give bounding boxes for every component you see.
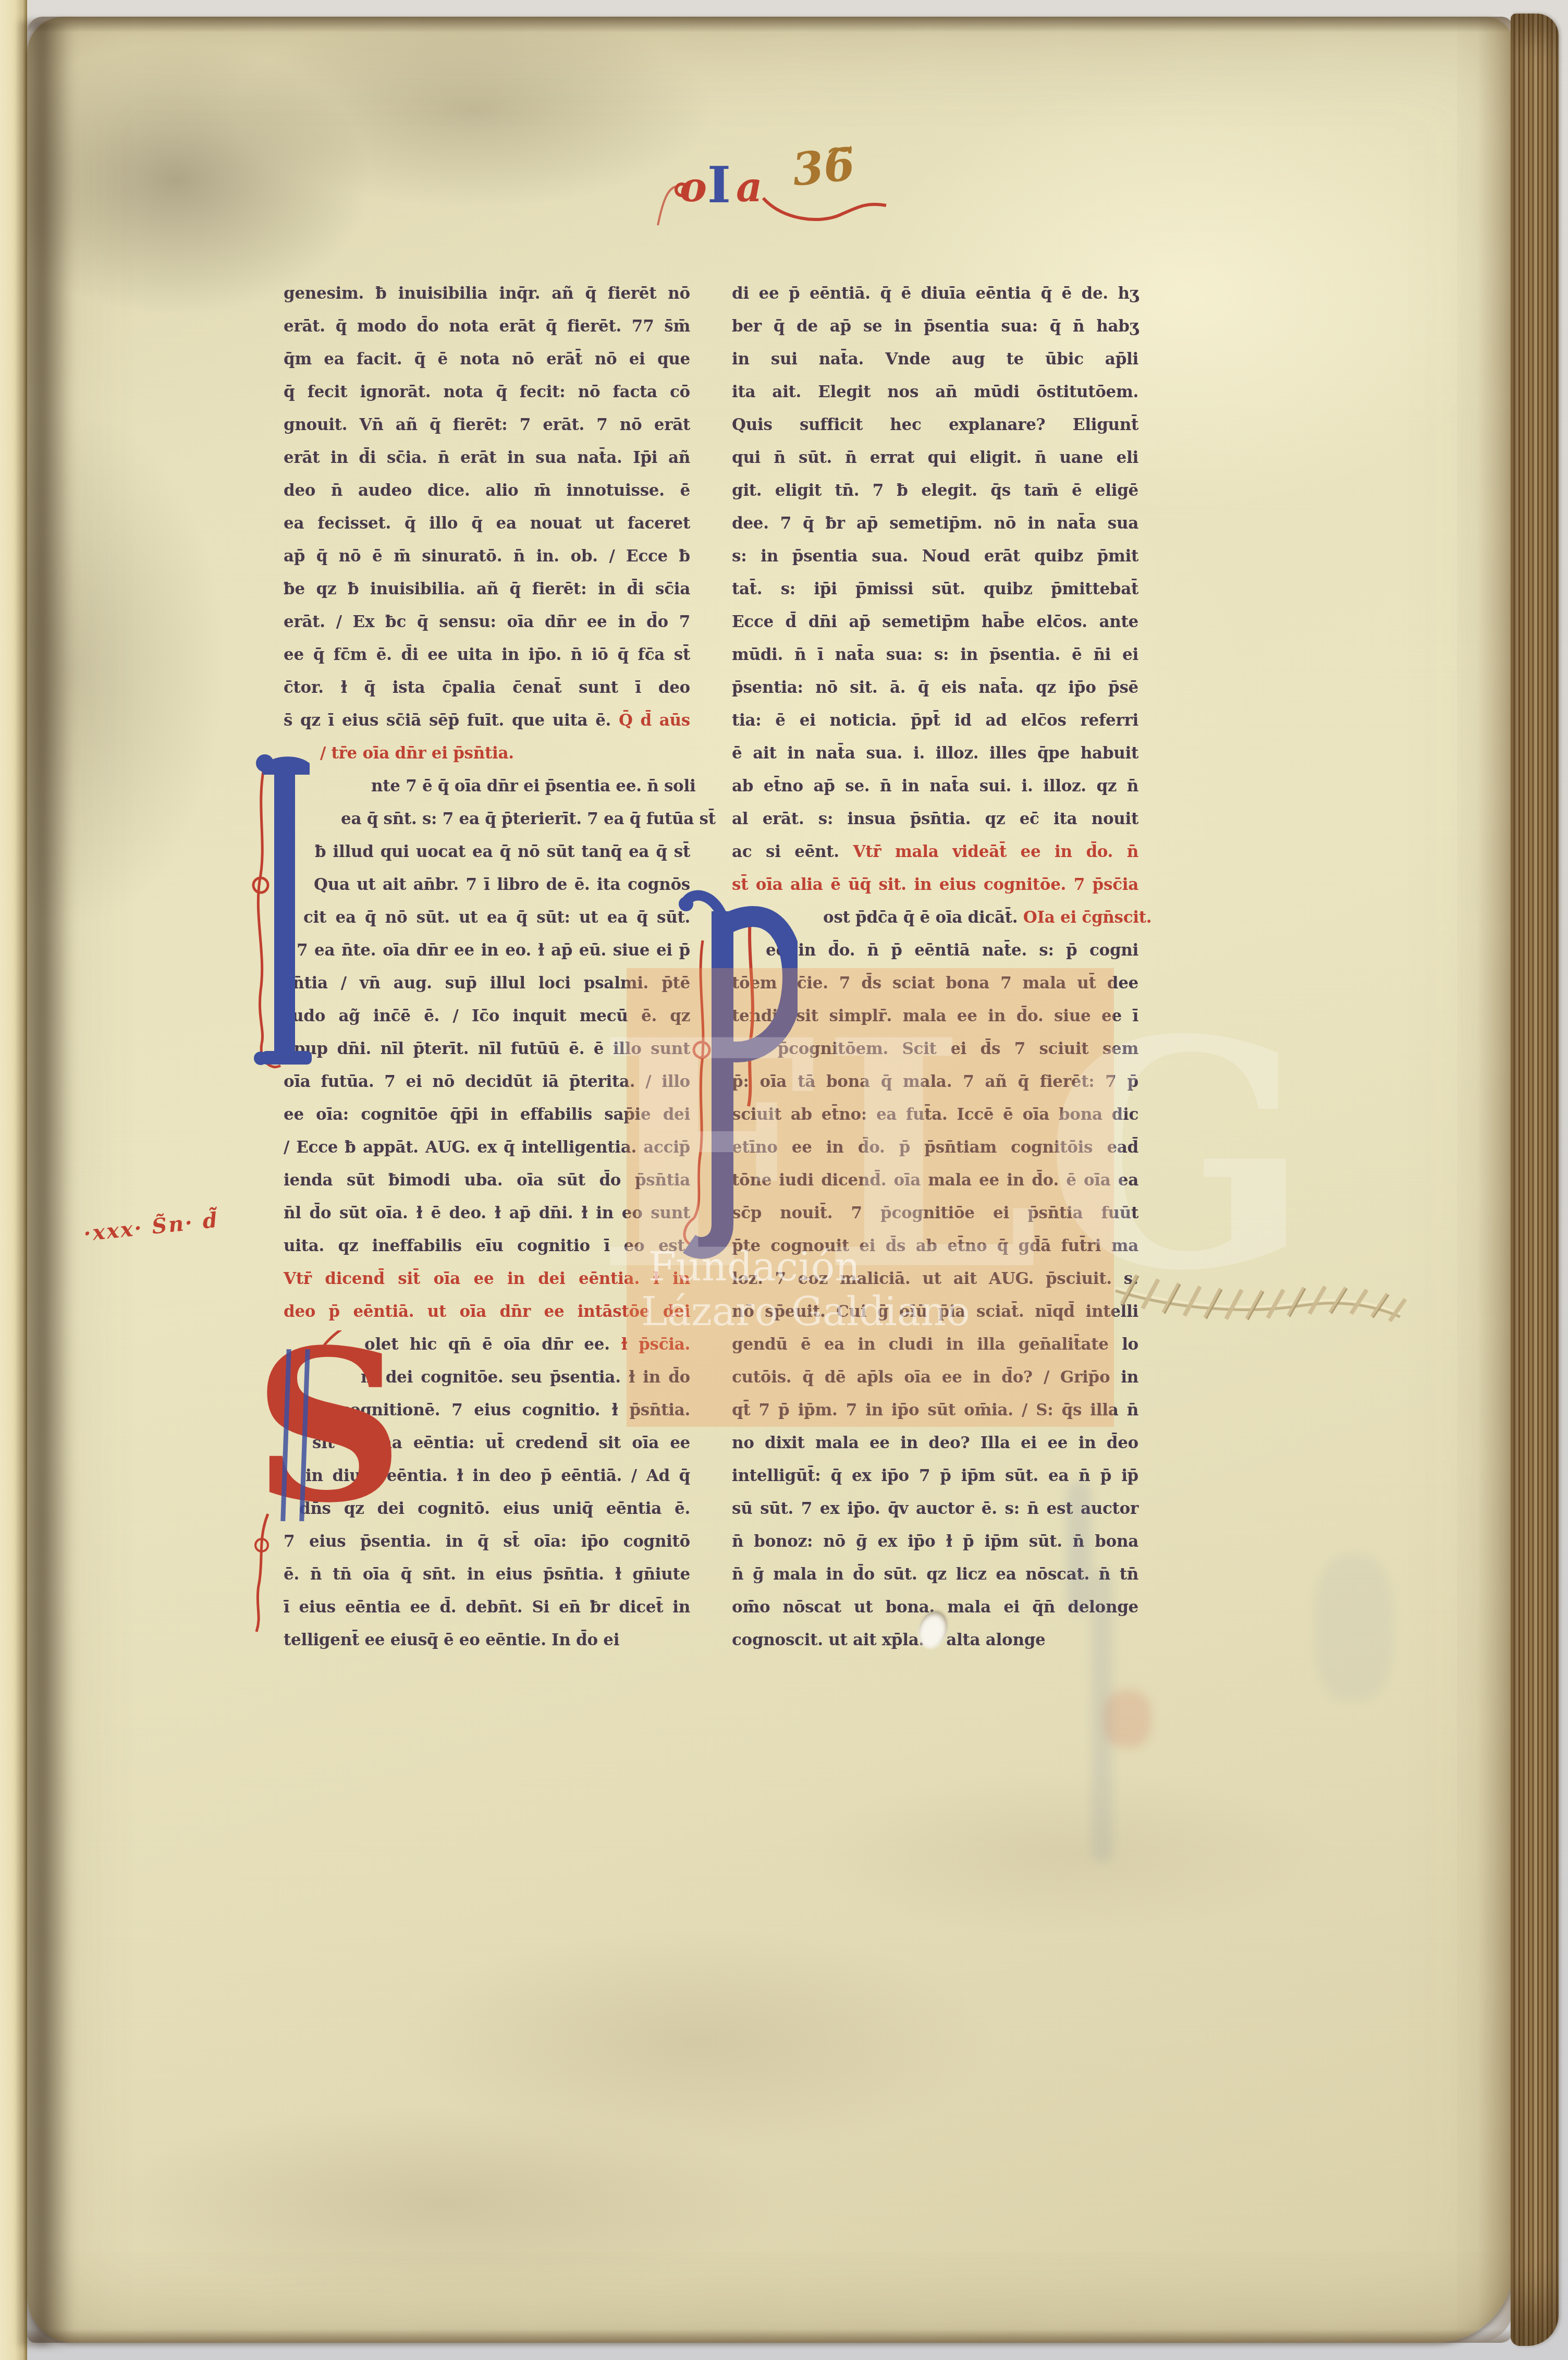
text-line: Quis sufficit hec explanare? Eligunt̄ bbox=[732, 409, 1138, 442]
rubric-text: tr̄e oīa dn̄r ei p̄sn̄tia. bbox=[332, 744, 514, 763]
body-text: erāt. q̄ modo d̄o nota erāt q̄ fierēt. … bbox=[284, 317, 690, 336]
body-text: cognoscit. ut ait xp̄la. 7 alta alonge bbox=[732, 1631, 1045, 1649]
body-text: in sui nat̄a. Vnde aug te ūbic ap̄li bbox=[732, 350, 1138, 369]
text-line: q̄ fecit ignorāt. nota q̄ fecit: nō fact… bbox=[284, 376, 690, 409]
text-line: ea q̄ sn̄t. s: 7 ea q̄ p̄terierīt. 7 ea … bbox=[284, 803, 690, 836]
text-line: ī eius eēntia ee d̄. debn̄t. Si en̄ ƀr d… bbox=[284, 1591, 690, 1624]
body-text: ī eius eēntia ee d̄. debn̄t. Si en̄ ƀr d… bbox=[284, 1598, 690, 1617]
text-line: q̄m ea facit. q̄ ē nota nō erāt̄ nō ei q… bbox=[284, 343, 690, 376]
body-text: ab et̄no ap̄ se. n̄ in nat̄a sui. i. ill… bbox=[732, 777, 1138, 796]
body-text: ber q̄ de ap̄ se in p̄sentia sua: q̄ n̄ … bbox=[732, 317, 1138, 336]
body-text: s: in p̄sentia sua. Noud erāt quibz p̄mi… bbox=[732, 547, 1138, 566]
body-text: c̄tor. ɫ q̄ ista c̄palia c̄enat̄ sunt ī … bbox=[284, 678, 690, 697]
text-line: ƀ illud qui uocat ea q̄ nō sūt tanq̄ ea … bbox=[284, 836, 690, 869]
text-line: in sui nat̄a. Vnde aug te ūbic ap̄li bbox=[732, 343, 1138, 376]
running-header: o I a 36 ~ bbox=[653, 137, 945, 241]
watermark-name-line1: Fundación bbox=[648, 1243, 860, 1290]
body-text: ac si eēnt. bbox=[732, 842, 853, 861]
body-text: ē. n̄ tn̄ oīa q̄ sn̄t. in eius p̄sn̄tia.… bbox=[284, 1565, 690, 1584]
text-line: al erāt. s: insua p̄sn̄tia. qz ec̄ ita n… bbox=[732, 803, 1138, 836]
body-text: ee q̄ fc̄m ē. d̄i ee uita in ip̄o. n̄ iō… bbox=[284, 645, 690, 664]
page-top-edge bbox=[27, 17, 1514, 32]
body-text: ost p̄dc̄a q̄ ē oīa dicāt̄. bbox=[823, 908, 1023, 927]
text-line: deo n̄ audeo dice. alio m̄ innotuisse. ē bbox=[284, 474, 690, 507]
body-text: nte 7 ē q̄ oīa dn̄r ei p̄sentia ee. n̄ s… bbox=[371, 777, 695, 796]
text-line: ap̄ q̄ nō ē m̄ sinuratō. n̄ in. ob. / Ec… bbox=[284, 540, 690, 573]
text-line: s̄ qz ī eius sc̄iā sēp̄ fuīt. que uita ē… bbox=[284, 704, 690, 737]
body-text: s̄ qz ī eius sc̄iā sēp̄ fuīt. que uita ē… bbox=[284, 711, 619, 730]
rubric-text: Vtr̄ mala videāt̄ ee in d̄o. n̄ bbox=[853, 842, 1138, 861]
text-line: no dixit mala ee in deo? Illa ei ee in d… bbox=[732, 1427, 1138, 1460]
text-line: cit ea q̄ nō sūt. ut ea q̄ sūt: ut ea q̄… bbox=[284, 901, 690, 934]
body-text: ea fecisset. q̄ illo q̄ ea nouat ut face… bbox=[284, 514, 690, 533]
bleed-through-mark bbox=[1104, 1690, 1151, 1747]
text-line: s: in p̄sentia sua. Noud erāt quibz p̄mi… bbox=[732, 540, 1138, 573]
library-watermark: FLG Fundación Lázaro Galdiano bbox=[627, 968, 1114, 1427]
text-line: Ecce d̄ dn̄i ap̄ semetip̄m hab̄e elc̄os.… bbox=[732, 606, 1138, 639]
initial-I bbox=[250, 745, 319, 1090]
text-line: c̄tor. ɫ q̄ ista c̄palia c̄enat̄ sunt ī … bbox=[284, 671, 690, 704]
text-line: git. eligit tn̄. 7 ƀ elegit. q̄s tam̄ ē … bbox=[732, 474, 1138, 507]
body-text: git. eligit tn̄. 7 ƀ elegit. q̄s tam̄ ē … bbox=[732, 481, 1138, 500]
body-text: genesim. ƀ inuisibilia inq̄r. añ q̄ fier… bbox=[284, 284, 690, 303]
rubric-text: Q̄ d̄ aūs bbox=[619, 711, 690, 730]
text-line: ita ait. Elegit nos an̄ mūdi ōstitutōem. bbox=[732, 376, 1138, 409]
text-line: ee q̄ fc̄m ē. d̄i ee uita in ip̄o. n̄ iō… bbox=[284, 639, 690, 671]
book-gutter-shadow bbox=[18, 21, 75, 2346]
text-line: ab et̄no ap̄ se. n̄ in nat̄a sui. i. ill… bbox=[732, 770, 1138, 803]
body-text: ee in d̄o. n̄ p̄ eēntiā nat̄e. s: p̄ cog… bbox=[766, 941, 1138, 960]
body-text: dee. 7 q̄ ƀr ap̄ semetip̄m. nō in nat̄a … bbox=[732, 514, 1138, 533]
initial-S: S bbox=[250, 1330, 344, 1654]
text-line: di ee p̄ eēntiā. q̄ ē diuīa eēntia q̄ ē … bbox=[732, 277, 1138, 310]
body-text: di ee p̄ eēntiā. q̄ ē diuīa eēntia q̄ ē … bbox=[732, 284, 1138, 303]
folio-flourish: ~ bbox=[823, 126, 857, 172]
text-line: ber q̄ de ap̄ se in p̄sentia sua: q̄ n̄ … bbox=[732, 310, 1138, 343]
body-text: qui n̄ sūt. n̄ errat qui eligit. n̄ uane… bbox=[732, 448, 1138, 467]
page-bottom-edge bbox=[27, 2329, 1514, 2343]
text-line: 7 ea n̄te. oīa dn̄r ee in eo. ɫ ap̄ eū. … bbox=[284, 934, 690, 967]
body-text: Ecce d̄ dn̄i ap̄ semetip̄m hab̄e elc̄os.… bbox=[732, 613, 1138, 631]
gathering-mark-a: a bbox=[736, 164, 763, 211]
body-text: 7 ea n̄te. oīa dn̄r ee in eo. ɫ ap̄ eū. … bbox=[297, 941, 690, 960]
rubric-text: OIa ei c̄gn̄scit. bbox=[1023, 908, 1151, 927]
gathering-mark-o: o bbox=[680, 164, 707, 211]
body-text: ē ait in nat̄a sua. i. illoz. illes q̄pe… bbox=[732, 744, 1138, 763]
body-text: ita ait. Elegit nos an̄ mūdi ōstitutōem. bbox=[732, 383, 1138, 401]
body-text: ƀ illud qui uocat ea q̄ nō sūt tanq̄ ea … bbox=[315, 842, 690, 861]
fore-edge-page-stack bbox=[1511, 14, 1559, 2346]
body-text: no dixit mala ee in deo? Illa ei ee in d… bbox=[732, 1434, 1138, 1452]
text-line: qui n̄ sūt. n̄ errat qui eligit. n̄ uane… bbox=[732, 442, 1138, 474]
gathering-mark-i: I bbox=[707, 155, 731, 214]
text-line: genesim. ƀ inuisibilia inq̄r. añ q̄ fier… bbox=[284, 277, 690, 310]
text-line: p̄sentia: nō sit. ā. q̄ eis nat̄a. qz ip… bbox=[732, 671, 1138, 704]
text-line: tat̄. s: ip̄i p̄missi sūt. quibz p̄mitte… bbox=[732, 573, 1138, 606]
text-line: ƀe qz ƀ inuisibilia. añ q̄ fierēt: in d… bbox=[284, 573, 690, 606]
text-line: ac si eēnt. Vtr̄ mala videāt̄ ee in d̄o.… bbox=[732, 836, 1138, 869]
body-text: p̄sentia: nō sit. ā. q̄ eis nat̄a. qz ip… bbox=[732, 678, 1138, 697]
body-text: ap̄ q̄ nō ē m̄ sinuratō. n̄ in. ob. / Ec… bbox=[284, 547, 690, 566]
text-line: erāt. / Ex ƀc q̄ sensu: oīa dn̄r ee in d… bbox=[284, 606, 690, 639]
text-line: ea fecisset. q̄ illo q̄ ea nouat ut face… bbox=[284, 507, 690, 540]
rubric-text: / bbox=[320, 744, 332, 763]
body-text: Qua ut ait an̄br. 7 ī libro de ē. ita co… bbox=[314, 875, 690, 894]
text-line: gnouit. Vn̄ añ q̄ fierēt: 7 erāt. 7 nō … bbox=[284, 409, 690, 442]
body-text: cit ea q̄ nō sūt. ut ea q̄ sūt: ut ea q̄… bbox=[303, 908, 690, 927]
margin-note-red: ·xxx· S̃n· d̃ bbox=[82, 1208, 220, 1246]
text-line: / tr̄e oīa dn̄r ei p̄sn̄tia. bbox=[284, 737, 690, 770]
text-line: nte 7 ē q̄ oīa dn̄r ei p̄sentia ee. n̄ s… bbox=[284, 770, 690, 803]
body-text: q̄m ea facit. q̄ ē nota nō erāt̄ nō ei q… bbox=[284, 350, 690, 369]
manuscript-scan: o I a 36 ~ ·xxx· S̃n· d̃ genesim. ƀ inui… bbox=[0, 0, 1568, 2360]
initial-I-artwork bbox=[250, 745, 319, 1090]
page-right-bevel bbox=[1477, 17, 1514, 2343]
body-text: erāt in d̄i sc̄ia. n̄ erāt in sua nat̄a.… bbox=[284, 448, 690, 467]
text-line: tia: ē ei noticia. p̄pt̄ id ad elc̄os re… bbox=[732, 704, 1138, 737]
body-text: tia: ē ei noticia. p̄pt̄ id ad elc̄os re… bbox=[732, 711, 1138, 730]
initial-S-flourish bbox=[250, 1330, 344, 1654]
text-line: Qua ut ait an̄br. 7 ī libro de ē. ita co… bbox=[284, 869, 690, 901]
body-text: gnouit. Vn̄ añ q̄ fierēt: 7 erāt. 7 nō … bbox=[284, 415, 690, 434]
body-text: deo n̄ audeo dice. alio m̄ innotuisse. ē bbox=[284, 481, 690, 500]
text-line: ē ait in nat̄a sua. i. illoz. illes q̄pe… bbox=[732, 737, 1138, 770]
bleed-through-mark bbox=[1067, 1482, 1091, 1612]
body-text: Quis sufficit hec explanare? Eligunt̄ bbox=[732, 415, 1138, 434]
text-line: ē. n̄ tn̄ oīa q̄ sn̄t. in eius p̄sn̄tia.… bbox=[284, 1558, 690, 1591]
text-line: erāt in d̄i sc̄ia. n̄ erāt in sua nat̄a.… bbox=[284, 442, 690, 474]
body-text: ƀe qz ƀ inuisibilia. añ q̄ fierēt: in d… bbox=[284, 580, 690, 598]
parchment-page: o I a 36 ~ ·xxx· S̃n· d̃ genesim. ƀ inui… bbox=[27, 17, 1514, 2343]
watermark-name-line2: Lázaro Galdiano bbox=[641, 1288, 970, 1335]
body-text: tat̄. s: ip̄i p̄missi sūt. quibz p̄mitte… bbox=[732, 580, 1138, 598]
text-line: erāt. q̄ modo d̄o nota erāt q̄ fierēt. … bbox=[284, 310, 690, 343]
bleed-through-mark bbox=[1315, 1555, 1393, 1701]
body-text: ea q̄ sn̄t. s: 7 ea q̄ p̄terierīt. 7 ea … bbox=[341, 810, 716, 828]
body-text: q̄ fecit ignorāt. nota q̄ fecit: nō fact… bbox=[284, 383, 690, 401]
body-text: erāt. / Ex ƀc q̄ sensu: oīa dn̄r ee in d… bbox=[284, 613, 690, 631]
text-line: mūdi. n̄ ī nat̄a sua: s: in p̄sentia. ē … bbox=[732, 639, 1138, 671]
body-text: mūdi. n̄ ī nat̄a sua: s: in p̄sentia. ē … bbox=[732, 645, 1138, 664]
text-line: telligent̄ ee eiusq̄ ē eo eēntie. In d̄o… bbox=[284, 1624, 690, 1657]
body-text: al erāt. s: insua p̄sn̄tia. qz ec̄ ita n… bbox=[732, 810, 1138, 828]
text-line: dee. 7 q̄ ƀr ap̄ semetip̄m. nō in nat̄a … bbox=[732, 507, 1138, 540]
